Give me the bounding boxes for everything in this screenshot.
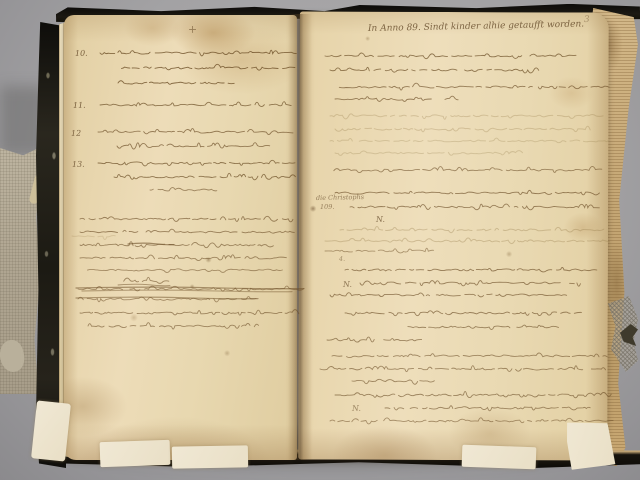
handwriting-line	[124, 277, 169, 283]
entry-number-13: 13.	[72, 160, 85, 169]
handwriting-line	[80, 255, 286, 261]
handwriting-line	[335, 391, 611, 397]
margin-note-christophs: die Christophs	[316, 193, 365, 202]
margin-n-2: N.	[342, 280, 352, 289]
handwriting-line	[330, 114, 603, 119]
strike-mark	[128, 243, 174, 245]
handwriting-line	[150, 188, 217, 191]
handwriting-line	[332, 353, 607, 358]
heading: In Anno 89. Sindt kinder alhie getaufft …	[367, 19, 585, 34]
handwriting-line	[330, 138, 608, 143]
entry-number-10: 10.	[75, 49, 88, 58]
margin-note-109: 109.	[320, 203, 335, 211]
handwriting-line	[339, 83, 609, 90]
handwriting-line	[80, 216, 293, 222]
handwriting-line	[88, 269, 283, 273]
entry-number-11: 11.	[73, 101, 86, 110]
handwriting-line	[330, 67, 546, 73]
margin-n-1: N.	[375, 215, 385, 224]
handwriting-line	[334, 166, 602, 172]
handwriting-line	[121, 64, 295, 70]
handwriting-line	[335, 126, 590, 132]
handwriting-line	[385, 406, 590, 411]
margin-n-3: N.	[351, 404, 361, 413]
handwriting-line	[335, 190, 603, 195]
handwriting-line	[360, 281, 580, 287]
handwriting-line	[340, 226, 604, 232]
page-number: 3	[584, 15, 590, 25]
handwriting-line	[330, 293, 567, 297]
entry-number-12: 12	[71, 129, 81, 138]
handwriting-line	[80, 229, 294, 233]
handwriting-line	[98, 129, 293, 135]
handwriting-line	[345, 267, 597, 271]
handwriting-line	[335, 96, 458, 101]
handwriting-line	[330, 418, 613, 424]
handwriting-line	[118, 81, 234, 85]
handwriting-line	[325, 238, 610, 244]
handwriting-line	[352, 379, 434, 384]
strike-mark	[76, 287, 304, 289]
handwriting-line	[335, 151, 523, 156]
handwriting-line	[72, 236, 115, 240]
strike-mark	[82, 290, 292, 292]
handwriting-line	[80, 242, 273, 248]
handwriting-line	[88, 323, 262, 329]
handwriting-line	[408, 325, 561, 329]
right-page-handwriting: In Anno 89. Sindt kinder alhie getaufft …	[316, 15, 613, 424]
manuscript-photo: +10.11.1213. In Anno 89. Sindt kinder al…	[0, 0, 640, 480]
handwriting-line	[345, 311, 582, 316]
handwriting-layer: +10.11.1213. In Anno 89. Sindt kinder al…	[0, 0, 640, 480]
handwriting-line	[325, 53, 576, 59]
handwriting-line	[117, 143, 270, 149]
underline-mark	[118, 284, 170, 286]
handwriting-line	[100, 102, 291, 107]
handwriting-line	[350, 204, 599, 210]
handwriting-line	[114, 173, 295, 179]
handwriting-line	[100, 50, 296, 56]
handwriting-line	[98, 160, 295, 166]
left-page-handwriting: +10.11.1213.	[71, 23, 304, 329]
handwriting-line	[320, 366, 608, 372]
handwriting-line	[325, 248, 434, 253]
margin-4: 4.	[338, 255, 345, 263]
handwriting-line	[80, 310, 299, 316]
strike-mark	[76, 297, 258, 299]
handwriting-line	[327, 337, 428, 342]
cross-mark: +	[188, 23, 197, 36]
